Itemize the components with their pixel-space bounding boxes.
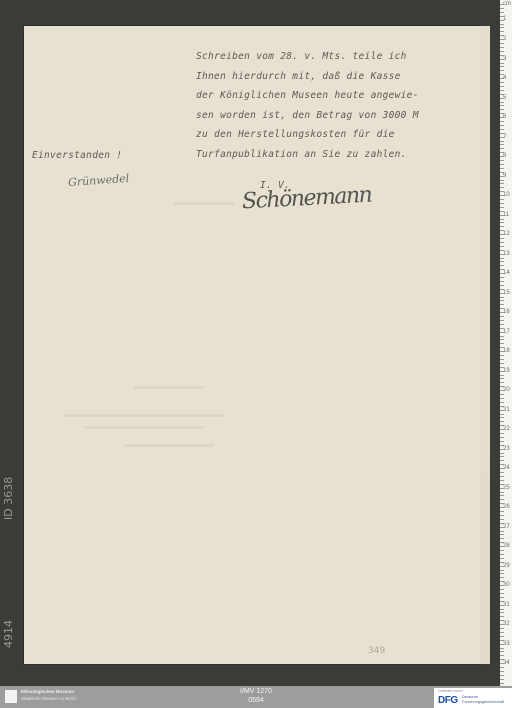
ruler-tick [500, 386, 504, 387]
ruler-tick [500, 453, 504, 454]
ruler-tick [500, 624, 504, 625]
ruler-tick [500, 55, 504, 56]
letter-line: Turfanpublikation an Sie zu zahlen. [196, 149, 407, 160]
ruler-tick [500, 242, 504, 243]
ruler-tick [500, 577, 504, 578]
ruler-tick [500, 336, 504, 337]
ruler-label: 31 [503, 602, 510, 608]
archive-footer: Ethnologisches Museum Staatliche Museen … [0, 686, 512, 708]
ruler-tick [500, 20, 504, 21]
ruler-tick [500, 523, 504, 524]
ruler-tick [500, 269, 504, 270]
letter-line: Schreiben vom 28. v. Mts. teile ich [196, 51, 407, 62]
ruler-tick [500, 12, 504, 13]
ruler-tick [500, 164, 504, 165]
ruler-tick [500, 390, 504, 391]
ruler-tick [500, 402, 504, 403]
ruler-tick [500, 542, 504, 543]
ruler-tick [500, 546, 504, 547]
ruler-tick [500, 667, 504, 668]
ruler-tick [500, 226, 504, 227]
ruler-tick [500, 125, 504, 126]
ruler-tick [500, 141, 504, 142]
ruler-tick [500, 558, 504, 559]
ruler-tick [500, 671, 504, 672]
ruler-label: 29 [503, 563, 510, 569]
ruler-tick [500, 316, 504, 317]
ruler-tick [500, 472, 504, 473]
ruler-tick [500, 27, 504, 28]
ruler-tick [500, 339, 504, 340]
ruler-tick [500, 261, 504, 262]
ruler-label: 27 [503, 524, 510, 530]
ruler-tick [500, 191, 504, 192]
ruler-tick [500, 180, 504, 181]
dfg-name: Deutsche Forschungsgemeinschaft [462, 695, 504, 705]
ruler-tick [500, 289, 504, 290]
ruler-tick [500, 82, 504, 83]
pencil-inventory-number: ID 3638 [2, 477, 15, 520]
ruler-tick [500, 195, 504, 196]
ruler-tick [500, 406, 504, 407]
ruler-tick [500, 550, 504, 551]
dfg-logo-icon: DFG [438, 695, 458, 706]
ruler-tick [500, 31, 504, 32]
ruler-tick [500, 597, 504, 598]
funded-by-label: Gefördert durch [438, 689, 463, 693]
ruler-tick [500, 66, 504, 67]
ruler-tick [500, 121, 504, 122]
ruler-tick [500, 105, 504, 106]
ruler-tick [500, 343, 504, 344]
ruler-tick [500, 382, 504, 383]
ruler-tick [500, 484, 504, 485]
ruler-label: 12 [503, 231, 510, 237]
ruler-tick [500, 308, 504, 309]
ruler-label: 18 [503, 348, 510, 354]
ruler-tick [500, 683, 504, 684]
ruler-tick [500, 117, 504, 118]
ruler-tick [500, 24, 504, 25]
ruler-tick [500, 679, 504, 680]
ruler-tick [500, 199, 504, 200]
ruler-tick [500, 148, 504, 149]
ruler-tick [500, 367, 504, 368]
ruler-tick [500, 632, 504, 633]
ruler-tick [500, 293, 504, 294]
ruler-tick [500, 414, 504, 415]
ruler-label: 34 [503, 660, 510, 666]
ruler-tick [500, 86, 504, 87]
ruler-tick [500, 8, 504, 9]
ruler-tick [500, 187, 504, 188]
ruler-tick [500, 211, 504, 212]
bleed-through-text [84, 426, 204, 429]
ruler-tick [500, 90, 504, 91]
ruler-tick [500, 531, 504, 532]
ruler-tick [500, 534, 504, 535]
ruler-tick [500, 4, 504, 5]
ruler-tick [500, 515, 504, 516]
bleed-through-text [64, 414, 224, 417]
ruler-tick [500, 300, 504, 301]
letter-line: der Königlichen Museen heute angewie- [196, 90, 419, 101]
ruler-tick [500, 172, 504, 173]
ruler-tick [500, 109, 504, 110]
ruler-tick [500, 78, 504, 79]
ruler-tick [500, 445, 504, 446]
ruler-tick [500, 507, 504, 508]
ruler-tick [500, 464, 504, 465]
ruler-tick [500, 456, 504, 457]
ruler-label: 17 [503, 329, 510, 335]
ruler-tick [500, 589, 504, 590]
pencil-note: 4914 [2, 620, 15, 648]
ruler-tick [500, 355, 504, 356]
ruler-tick [500, 581, 504, 582]
ruler-tick [500, 63, 504, 64]
ruler-tick [500, 363, 504, 364]
ruler-tick [500, 612, 504, 613]
ruler-tick [500, 16, 504, 17]
ruler-label: 25 [503, 485, 510, 491]
ruler-tick [500, 616, 504, 617]
ruler-tick [500, 378, 504, 379]
ruler-label: 13 [503, 251, 510, 257]
ruler-tick [500, 460, 504, 461]
ruler-tick [500, 183, 504, 184]
ruler-tick [500, 651, 504, 652]
ruler-tick [500, 230, 504, 231]
ruler-tick [500, 675, 504, 676]
ruler-tick [500, 394, 504, 395]
ruler-tick [500, 636, 504, 637]
ruler-tick [500, 332, 504, 333]
ruler-tick [500, 562, 504, 563]
ruler-tick [500, 449, 504, 450]
ruler-tick [500, 98, 504, 99]
ruler-tick [500, 152, 504, 153]
ruler-tick [500, 421, 504, 422]
ruler-tick [500, 433, 504, 434]
ruler-tick [500, 250, 504, 251]
ruler-tick [500, 480, 504, 481]
ruler-label: 24 [503, 465, 510, 471]
ruler-label: 22 [503, 426, 510, 432]
ruler-tick [500, 328, 504, 329]
ruler-tick [500, 47, 504, 48]
ruler-tick [500, 410, 504, 411]
ruler-tick [500, 156, 504, 157]
dfg-funding-badge: Gefördert durch DFG Deutsche Forschungsg… [434, 688, 512, 708]
ruler-tick [500, 503, 504, 504]
ruler-label: 14 [503, 270, 510, 276]
ruler-tick [500, 273, 504, 274]
ruler-tick [500, 476, 504, 477]
ruler-tick [500, 207, 504, 208]
ruler-tick [500, 215, 504, 216]
ruler-tick [500, 495, 504, 496]
ruler-tick [500, 39, 504, 40]
ruler-tick [500, 609, 504, 610]
ruler-tick [500, 468, 504, 469]
ruler-tick [500, 488, 504, 489]
ruler-label: 15 [503, 290, 510, 296]
ruler-tick [500, 593, 504, 594]
ruler-tick [500, 648, 504, 649]
ruler-tick [500, 538, 504, 539]
ruler-tick [500, 351, 504, 352]
ruler-tick [500, 59, 504, 60]
ruler-tick [500, 238, 504, 239]
ruler-label: 23 [503, 446, 510, 452]
ruler-tick [500, 359, 504, 360]
letter-line: zu den Herstellungskosten für die [196, 129, 395, 140]
ruler-tick [500, 265, 504, 266]
ruler-tick [500, 312, 504, 313]
ruler-label: 10 [503, 192, 510, 198]
ruler-tick [500, 492, 504, 493]
ruler-tick [500, 620, 504, 621]
ruler-tick [500, 511, 504, 512]
ruler-tick [500, 573, 504, 574]
ruler-tick [500, 94, 504, 95]
letter-body: Schreiben vom 28. v. Mts. teile ich Ihne… [196, 47, 419, 164]
ruler-tick [500, 347, 504, 348]
ruler-tick [500, 375, 504, 376]
ruler-tick [500, 144, 504, 145]
ruler-tick [500, 425, 504, 426]
ruler-tick [500, 417, 504, 418]
ruler-tick [500, 499, 504, 500]
ruler-tick [500, 35, 504, 36]
ruler-tick [500, 429, 504, 430]
ruler-tick [500, 304, 504, 305]
ruler-tick [500, 222, 504, 223]
ruler-tick [500, 102, 504, 103]
ruler-tick [500, 297, 504, 298]
ruler-tick [500, 437, 504, 438]
ruler-tick [500, 246, 504, 247]
ruler-label: 21 [503, 407, 510, 413]
ruler-tick [500, 640, 504, 641]
ruler-label: 20 [503, 387, 510, 393]
ruler-tick [500, 219, 504, 220]
pencil-page-mark: 349 [368, 646, 385, 656]
ruler-tick [500, 113, 504, 114]
ruler-tick [500, 70, 504, 71]
ruler-tick [500, 234, 504, 235]
ruler-tick [500, 320, 504, 321]
letter-line: Ihnen hierdurch mit, daß die Kasse [196, 71, 401, 82]
ruler-tick [500, 566, 504, 567]
ruler-tick [500, 601, 504, 602]
ruler-tick [500, 527, 504, 528]
ruler-label: 28 [503, 543, 510, 549]
ruler-tick [500, 554, 504, 555]
ruler-label: 16 [503, 309, 510, 315]
cm-ruler: cm 1 2 3 4 5 6 7 8 9 10 11 12 13 14 15 1… [500, 0, 512, 686]
ruler-tick [500, 398, 504, 399]
bleed-through-text [124, 444, 214, 447]
agreement-text: Einverstanden ! [32, 146, 122, 166]
ruler-tick [500, 324, 504, 325]
ruler-label: 32 [503, 621, 510, 627]
ruler-tick [500, 285, 504, 286]
ruler-tick [500, 137, 504, 138]
ruler-unit: cm [503, 1, 511, 7]
ruler-label: 33 [503, 641, 510, 647]
ruler-tick [500, 258, 504, 259]
ruler-tick [500, 570, 504, 571]
ruler-tick [500, 133, 504, 134]
bleed-through-text [134, 386, 204, 389]
ruler-tick [500, 605, 504, 606]
ruler-tick [500, 129, 504, 130]
ruler-tick [500, 628, 504, 629]
ruler-tick [500, 43, 504, 44]
ruler-tick [500, 281, 504, 282]
ruler-label: 19 [503, 368, 510, 374]
ruler-tick [500, 519, 504, 520]
ruler-tick [500, 254, 504, 255]
ruler-tick [500, 51, 504, 52]
letter-line: sen worden ist, den Betrag von 3000 M [196, 110, 419, 121]
ruler-tick [500, 441, 504, 442]
ruler-tick [500, 644, 504, 645]
ruler-tick [500, 663, 504, 664]
ruler-tick [500, 371, 504, 372]
ruler-tick [500, 168, 504, 169]
ruler-tick [500, 277, 504, 278]
ruler-label: 26 [503, 504, 510, 510]
ruler-tick [500, 160, 504, 161]
ruler-label: 30 [503, 582, 510, 588]
ruler-tick [500, 585, 504, 586]
ruler-tick [500, 655, 504, 656]
bleed-through-text [174, 202, 234, 205]
ruler-tick [500, 659, 504, 660]
ruler-tick [500, 74, 504, 75]
ruler-tick [500, 203, 504, 204]
ruler-tick [500, 176, 504, 177]
